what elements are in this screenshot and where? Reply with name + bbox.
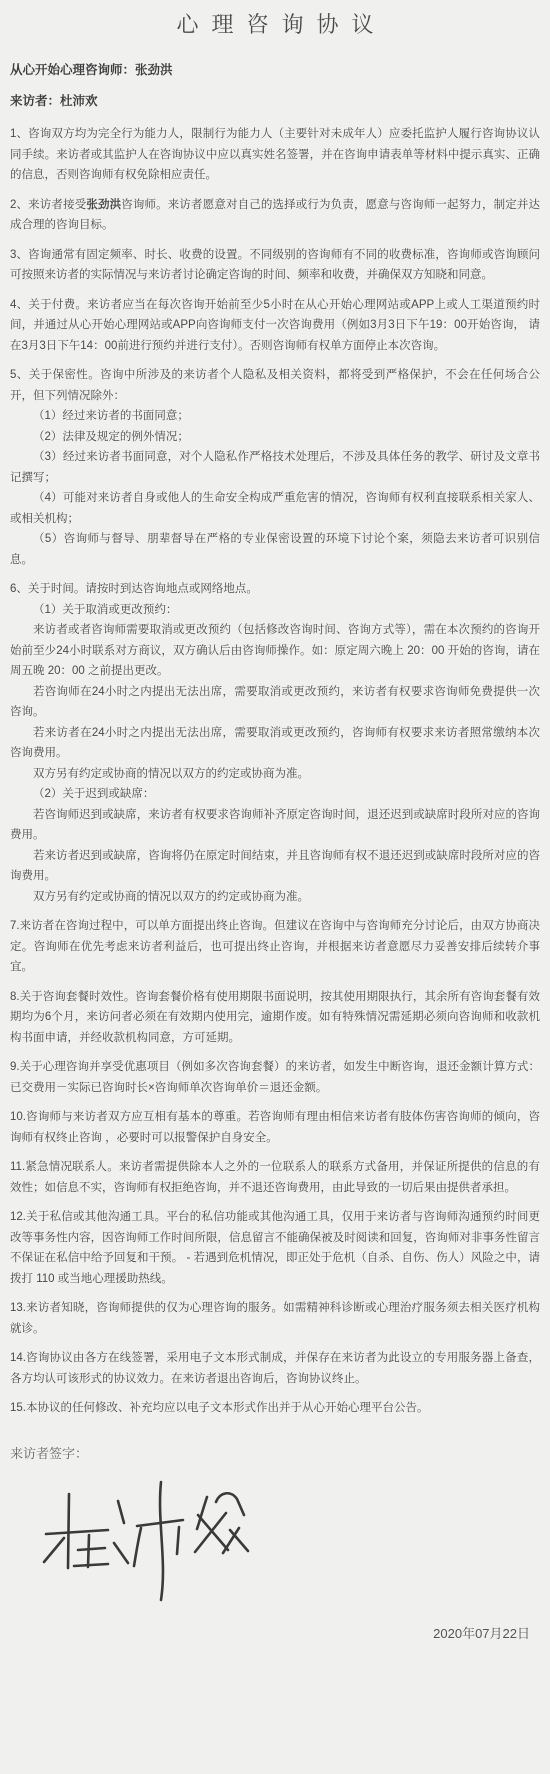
clause-text: （2）关于迟到或缺席：: [33, 788, 154, 800]
clause-line: （3）经过来访者书面同意，对个人隐私作严格技术处理后，不涉及具体任务的教学、研讨…: [10, 447, 540, 488]
clause-line: 3、咨询通常有固定频率、时长、收费的设置。不同级别的咨询师有不同的收费标准，咨询…: [10, 245, 540, 286]
clause-9: 9.关于心理咨询并享受优惠项目（例如多次咨询套餐）的来访者，如发生中断咨询，退还…: [10, 1057, 540, 1098]
clause-text: 双方另有约定或协商的情况以双方的约定或协商为准。: [33, 768, 309, 780]
clause-8: 8.关于咨询套餐时效性。咨询套餐价格有使用期限书面说明，按其使用期限执行，其余所…: [10, 987, 540, 1049]
clause-10: 10.咨询师与来访者双方应互相有基本的尊重。若咨询师有理由相信来访者有肢体伤害咨…: [10, 1107, 540, 1148]
agreement-body: 1、咨询双方均为完全行为能力人，限制行为能力人（主要针对未成年人）应委托监护人履…: [10, 124, 540, 1419]
clause-text: 14.咨询协议由各方在线签署，采用电子文本形式制成，并保存在来访者为此设立的专用…: [10, 1352, 540, 1385]
clause-line: （2）关于迟到或缺席：: [10, 784, 540, 805]
clause-line: 7.来访者在咨询过程中，可以单方面提出终止咨询。但建议在咨询中与咨询师充分讨论后…: [10, 916, 540, 978]
clause-text: 来访者或者咨询师需要取消或更改预约（包括修改咨询时间、咨询方式等），需在本次预约…: [10, 624, 540, 677]
signature-label: 来访者签字：: [10, 1445, 540, 1463]
clause-6: 6、关于时间。请按时到达咨询地点或网络地点。（1）关于取消或更改预约：来访者或者…: [10, 579, 540, 907]
clause-line: （5）咨询师与督导、朋辈督导在严格的专业保密设置的环境下讨论个案，须隐去来访者可…: [10, 529, 540, 570]
clause-15: 15.本协议的任何修改、补充均应以电子文本形式作出并于从心开始心理平台公告。: [10, 1398, 540, 1419]
clause-text: （1）经过来访者的书面同意；: [33, 410, 189, 422]
clause-line: 11.紧急情况联系人。来访者需提供除本人之外的一位联系人的联系方式备用，并保证所…: [10, 1157, 540, 1198]
clause-line: 来访者或者咨询师需要取消或更改预约（包括修改咨询时间、咨询方式等），需在本次预约…: [10, 620, 540, 682]
clause-line: 14.咨询协议由各方在线签署，采用电子文本形式制成，并保存在来访者为此设立的专用…: [10, 1348, 540, 1389]
signature-area: [40, 1471, 540, 1609]
clause-text: 5、关于保密性。咨询中所涉及的来访者个人隐私及相关资料，都将受到严格保护，不会在…: [10, 369, 540, 402]
clause-1: 1、咨询双方均为完全行为能力人，限制行为能力人（主要针对未成年人）应委托监护人履…: [10, 124, 540, 186]
clause-text: 若来访者迟到或缺席，咨询将仍在原定时间结束，并且咨询师有权不退还迟到或缺席时段所…: [10, 850, 540, 883]
clause-line: 15.本协议的任何修改、补充均应以电子文本形式作出并于从心开始心理平台公告。: [10, 1398, 540, 1419]
clause-line: 6、关于时间。请按时到达咨询地点或网络地点。: [10, 579, 540, 600]
clause-7: 7.来访者在咨询过程中，可以单方面提出终止咨询。但建议在咨询中与咨询师充分讨论后…: [10, 916, 540, 978]
clause-text: 3、咨询通常有固定频率、时长、收费的设置。不同级别的咨询师有不同的收费标准，咨询…: [10, 249, 540, 282]
agreement-page: 心理咨询协议 从心开始心理咨询师：张劲洪 来访者：杜沛欢 1、咨询双方均为完全行…: [0, 0, 550, 1774]
clause-line: 5、关于保密性。咨询中所涉及的来访者个人隐私及相关资料，都将受到严格保护，不会在…: [10, 365, 540, 406]
clause-text: （4）可能对来访者自身或他人的生命安全构成严重危害的情况，咨询师有权利直接联系相…: [10, 492, 540, 525]
clause-text: （2）法律及规定的例外情况；: [33, 431, 189, 443]
clause-line: （2）法律及规定的例外情况；: [10, 427, 540, 448]
clause-text: 6、关于时间。请按时到达咨询地点或网络地点。: [10, 583, 258, 595]
signed-date: 2020年07月22日: [10, 1625, 540, 1643]
clause-text: 若咨询师迟到或缺席，来访者有权要求咨询师补齐原定咨询时间，退还迟到或缺席时段所对…: [10, 809, 540, 842]
clause-text: 10.咨询师与来访者双方应互相有基本的尊重。若咨询师有理由相信来访者有肢体伤害咨…: [10, 1111, 540, 1144]
bold-name-text: 张劲洪: [86, 199, 121, 211]
clause-13: 13.来访者知晓，咨询师提供的仅为心理咨询的服务。如需精神科诊断或心理治疗服务须…: [10, 1298, 540, 1339]
clause-text: 若咨询师在24小时之内提出无法出席，需要取消或更改预约，来访者有权要求咨询师免费…: [10, 686, 540, 719]
clause-text: 8.关于咨询套餐时效性。咨询套餐价格有使用期限书面说明，按其使用期限执行，其余所…: [10, 991, 540, 1044]
clause-14: 14.咨询协议由各方在线签署，采用电子文本形式制成，并保存在来访者为此设立的专用…: [10, 1348, 540, 1389]
clause-line: 13.来访者知晓，咨询师提供的仅为心理咨询的服务。如需精神科诊断或心理治疗服务须…: [10, 1298, 540, 1339]
clause-line: 若来访者在24小时之内提出无法出席，需要取消或更改预约，咨询师有权要求来访者照常…: [10, 723, 540, 764]
clause-text: 4、关于付费。来访者应当在每次咨询开始前至少5小时在从心开始心理网站或APP上或…: [10, 299, 540, 352]
clause-4: 4、关于付费。来访者应当在每次咨询开始前至少5小时在从心开始心理网站或APP上或…: [10, 295, 540, 357]
clause-text: 12.关于私信或其他沟通工具。平台的私信功能或其他沟通工具，仅用于来访者与咨询师…: [10, 1211, 540, 1285]
clause-line: 9.关于心理咨询并享受优惠项目（例如多次咨询套餐）的来访者，如发生中断咨询，退还…: [10, 1057, 540, 1098]
clause-line: 若来访者迟到或缺席，咨询将仍在原定时间结束，并且咨询师有权不退还迟到或缺席时段所…: [10, 846, 540, 887]
clause-text: 15.本协议的任何修改、补充均应以电子文本形式作出并于从心开始心理平台公告。: [10, 1402, 428, 1414]
clause-5: 5、关于保密性。咨询中所涉及的来访者个人隐私及相关资料，都将受到严格保护，不会在…: [10, 365, 540, 570]
clause-text: 9.关于心理咨询并享受优惠项目（例如多次咨询套餐）的来访者，如发生中断咨询，退还…: [10, 1061, 540, 1094]
clause-line: 12.关于私信或其他沟通工具。平台的私信功能或其他沟通工具，仅用于来访者与咨询师…: [10, 1207, 540, 1289]
clause-text: 7.来访者在咨询过程中，可以单方面提出终止咨询。但建议在咨询中与咨询师充分讨论后…: [10, 920, 540, 973]
clause-3: 3、咨询通常有固定频率、时长、收费的设置。不同级别的咨询师有不同的收费标准，咨询…: [10, 245, 540, 286]
clause-11: 11.紧急情况联系人。来访者需提供除本人之外的一位联系人的联系方式备用，并保证所…: [10, 1157, 540, 1198]
page-title: 心理咨询协议: [10, 12, 540, 38]
clause-line: 10.咨询师与来访者双方应互相有基本的尊重。若咨询师有理由相信来访者有肢体伤害咨…: [10, 1107, 540, 1148]
agreement-content: 心理咨询协议 从心开始心理咨询师：张劲洪 来访者：杜沛欢 1、咨询双方均为完全行…: [0, 0, 550, 1643]
clause-line: 若咨询师迟到或缺席，来访者有权要求咨询师补齐原定咨询时间，退还迟到或缺席时段所对…: [10, 805, 540, 846]
clause-text: 1、咨询双方均为完全行为能力人，限制行为能力人（主要针对未成年人）应委托监护人履…: [10, 128, 540, 181]
clause-line: （1）关于取消或更改预约：: [10, 600, 540, 621]
handwritten-signature: [40, 1471, 270, 1609]
clause-text: 2、来访者接受: [10, 199, 86, 211]
clause-line: 双方另有约定或协商的情况以双方的约定或协商为准。: [10, 887, 540, 908]
clause-text: 双方另有约定或协商的情况以双方的约定或协商为准。: [33, 891, 309, 903]
clause-line: 若咨询师在24小时之内提出无法出席，需要取消或更改预约，来访者有权要求咨询师免费…: [10, 682, 540, 723]
clause-line: （4）可能对来访者自身或他人的生命安全构成严重危害的情况，咨询师有权利直接联系相…: [10, 488, 540, 529]
clause-12: 12.关于私信或其他沟通工具。平台的私信功能或其他沟通工具，仅用于来访者与咨询师…: [10, 1207, 540, 1289]
clause-line: 4、关于付费。来访者应当在每次咨询开始前至少5小时在从心开始心理网站或APP上或…: [10, 295, 540, 357]
clause-line: （1）经过来访者的书面同意；: [10, 406, 540, 427]
consultant-line: 从心开始心理咨询师：张劲洪: [10, 62, 540, 79]
clause-text: 13.来访者知晓，咨询师提供的仅为心理咨询的服务。如需精神科诊断或心理治疗服务须…: [10, 1302, 540, 1335]
clause-text: （5）咨询师与督导、朋辈督导在严格的专业保密设置的环境下讨论个案，须隐去来访者可…: [10, 533, 540, 566]
visitor-line: 来访者：杜沛欢: [10, 93, 540, 110]
clause-text: （3）经过来访者书面同意，对个人隐私作严格技术处理后，不涉及具体任务的教学、研讨…: [10, 451, 540, 484]
clause-text: 11.紧急情况联系人。来访者需提供除本人之外的一位联系人的联系方式备用，并保证所…: [10, 1161, 540, 1194]
clause-text: 若来访者在24小时之内提出无法出席，需要取消或更改预约，咨询师有权要求来访者照常…: [10, 727, 540, 760]
clause-line: 2、来访者接受张劲洪咨询师。来访者愿意对自己的选择或行为负责，愿意与咨询师一起努…: [10, 195, 540, 236]
clause-text: （1）关于取消或更改预约：: [33, 604, 177, 616]
clause-line: 双方另有约定或协商的情况以双方的约定或协商为准。: [10, 764, 540, 785]
clause-2: 2、来访者接受张劲洪咨询师。来访者愿意对自己的选择或行为负责，愿意与咨询师一起努…: [10, 195, 540, 236]
clause-line: 1、咨询双方均为完全行为能力人，限制行为能力人（主要针对未成年人）应委托监护人履…: [10, 124, 540, 186]
clause-line: 8.关于咨询套餐时效性。咨询套餐价格有使用期限书面说明，按其使用期限执行，其余所…: [10, 987, 540, 1049]
